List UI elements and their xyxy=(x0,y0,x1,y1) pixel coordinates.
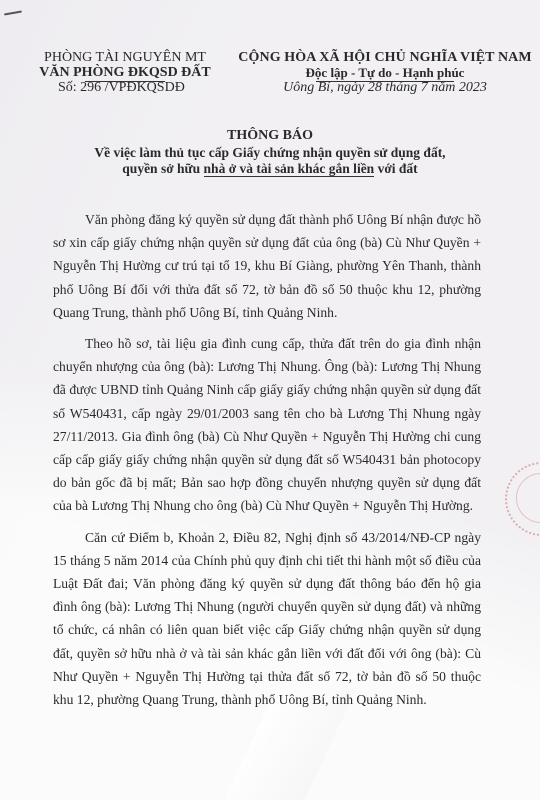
national-motto-header: CỘNG HÒA XÃ HỘI CHỦ NGHĨA VIỆT NAM Độc l… xyxy=(230,50,540,82)
org-line-1: PHÒNG TÀI NGUYÊN MT xyxy=(30,50,220,65)
place-and-date: Uông Bí, ngày 28 tháng 7 năm 2023 xyxy=(230,80,540,96)
notice-subject-line-2: quyền sở hữu nhà ở và tài sản khác gắn l… xyxy=(0,161,540,177)
body-paragraph-1: Văn phòng đăng ký quyền sử dụng đất thàn… xyxy=(53,208,481,324)
notice-subject-line-1: Về việc làm thủ tục cấp Giấy chứng nhận … xyxy=(0,145,540,161)
issuing-office-header: PHÒNG TÀI NGUYÊN MT VĂN PHÒNG ĐKQSD ĐẤT xyxy=(30,50,220,82)
notice-heading: THÔNG BÁO xyxy=(0,128,540,144)
document-number: Số: 296 /VPĐKQSDĐ xyxy=(58,80,185,96)
nation-motto: Độc lập - Tự do - Hạnh phúc xyxy=(230,65,540,80)
subject-part-c: với đất xyxy=(374,161,417,176)
body-paragraph-3: Căn cứ Điểm b, Khoản 2, Điều 82, Nghị đị… xyxy=(53,526,481,712)
notice-title: THÔNG BÁO Về việc làm thủ tục cấp Giấy c… xyxy=(0,128,540,177)
nation-name: CỘNG HÒA XÃ HỘI CHỦ NGHĨA VIỆT NAM xyxy=(230,50,540,65)
org-line-2: VĂN PHÒNG ĐKQSD ĐẤT xyxy=(30,65,220,80)
subject-part-a: quyền sở hữu xyxy=(122,161,203,176)
subject-part-b-underlined: nhà ở và tài sản khác gắn liền xyxy=(204,161,375,177)
body-paragraph-2: Theo hồ sơ, tài liệu gia đình cung cấp, … xyxy=(53,332,481,518)
notice-body: Văn phòng đăng ký quyền sử dụng đất thàn… xyxy=(53,208,481,719)
